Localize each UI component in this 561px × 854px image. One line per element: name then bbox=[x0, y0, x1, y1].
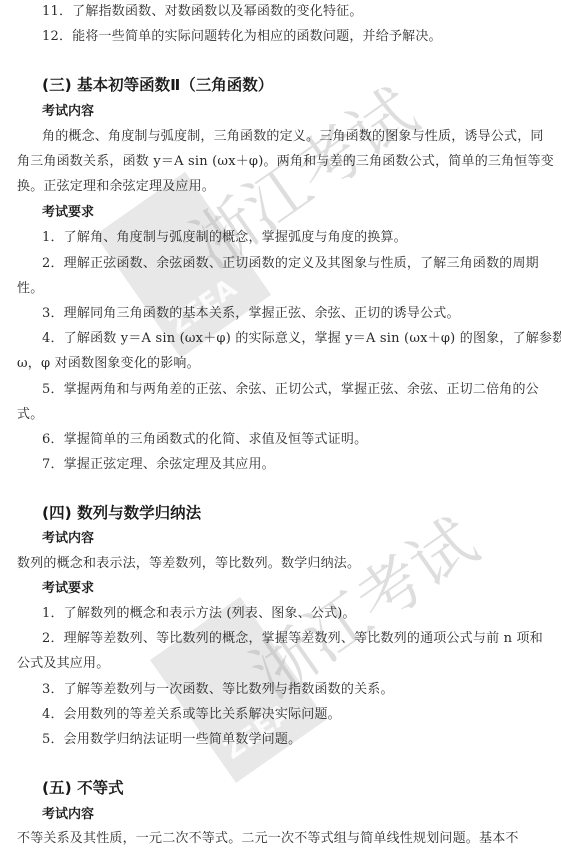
requirements-heading: 考试要求 bbox=[42, 580, 94, 598]
list-item: 1．了解角、角度制与弧度制的概念，掌握弧度与角度的换算。 bbox=[42, 229, 561, 247]
list-item: 4．了解函数 y＝A sin (ωx＋φ) 的实际意义，掌握 y＝A sin (… bbox=[42, 330, 561, 348]
content-heading: 考试内容 bbox=[42, 103, 94, 121]
list-item: 1．了解数列的概念和表示方法 (列表、图象、公式)。 bbox=[42, 605, 561, 623]
requirements-heading: 考试要求 bbox=[42, 204, 94, 222]
list-item: 3．了解等差数列与一次函数、等比数列与指数函数的关系。 bbox=[42, 681, 561, 699]
list-item: 5．掌握两角和与两角差的正弦、余弦、正切公式，掌握正弦、余弦、正切二倍角的公 bbox=[42, 381, 561, 399]
list-item: 5．会用数学归纳法证明一些简单数学问题。 bbox=[42, 731, 561, 749]
list-item-continued: 性。 bbox=[17, 280, 547, 298]
section-title: (三) 基本初等函数Ⅱ（三角函数） bbox=[42, 75, 273, 95]
list-item: 2．理解等差数列、等比数列的概念，掌握等差数列、等比数列的通项公式与前 n 项和 bbox=[42, 630, 561, 648]
section-title: (四) 数列与数学归纳法 bbox=[42, 503, 201, 523]
list-item: 3．理解同角三角函数的基本关系，掌握正弦、余弦、正切的诱导公式。 bbox=[42, 305, 561, 323]
paragraph-line: 角三角函数关系，函数 y＝A sin (ωx＋φ)。两角和与差的三角函数公式，简… bbox=[17, 153, 547, 171]
paragraph-line: 数列的概念和表示法，等差数列，等比数列。数学归纳法。 bbox=[17, 555, 547, 573]
list-item: 2．理解正弦函数、余弦函数、正切函数的定义及其图象与性质，了解三角函数的周期 bbox=[42, 255, 561, 273]
watermark-text-1: 浙江考试 bbox=[170, 63, 432, 285]
list-item-continued: ω，φ 对函数图象变化的影响。 bbox=[17, 355, 547, 373]
content-heading: 考试内容 bbox=[42, 530, 94, 548]
list-item: 7．掌握正弦定理、余弦定理及其应用。 bbox=[42, 456, 561, 474]
document-page: ZEEA 浙江考试 ZEEA 浙江考试 11．了解指数函数、对数函数以及幂函数的… bbox=[0, 0, 561, 854]
list-item-continued: 式。 bbox=[17, 406, 547, 424]
list-item: 6．掌握简单的三角函数式的化简、求值及恒等式证明。 bbox=[42, 431, 561, 449]
paragraph-line: 不等关系及其性质，一元二次不等式。二元一次不等式组与简单线性规划问题。基本不 bbox=[17, 830, 547, 848]
section-title: (五) 不等式 bbox=[42, 778, 124, 798]
paragraph-line: 换。正弦定理和余弦定理及应用。 bbox=[17, 178, 547, 196]
list-item: 12．能将一些简单的实际问题转化为相应的函数问题，并给予解决。 bbox=[42, 28, 561, 46]
list-item: 11．了解指数函数、对数函数以及幂函数的变化特征。 bbox=[42, 3, 561, 21]
content-heading: 考试内容 bbox=[42, 806, 94, 824]
paragraph-line: 角的概念、角度制与弧度制，三角函数的定义。三角函数的图象与性质，诱导公式，同 bbox=[42, 128, 561, 146]
list-item-continued: 公式及其应用。 bbox=[17, 655, 547, 673]
list-item: 4．会用数列的等差关系或等比关系解决实际问题。 bbox=[42, 706, 561, 724]
